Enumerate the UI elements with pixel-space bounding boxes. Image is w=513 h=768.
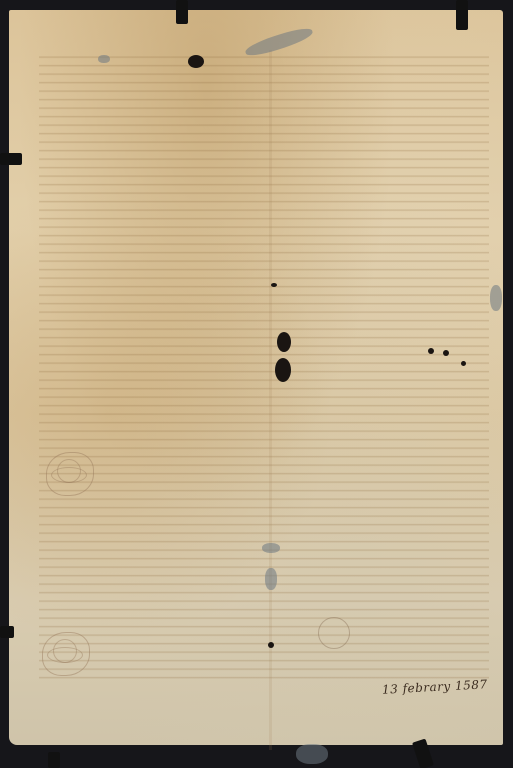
water-stain-top-left bbox=[98, 55, 110, 63]
notarial-sign-lower bbox=[42, 632, 90, 676]
worm-hole-lower bbox=[268, 642, 274, 648]
water-stain-bottom bbox=[296, 744, 328, 764]
water-stain-middle-1 bbox=[262, 543, 280, 553]
worm-hole-top bbox=[188, 55, 204, 68]
mounting-clip-bottom-left bbox=[48, 752, 60, 768]
worm-hole-small bbox=[271, 283, 277, 287]
mounting-clip-left-upper bbox=[0, 153, 22, 165]
worm-hole-center-1 bbox=[277, 332, 291, 352]
parchment-sheet bbox=[9, 10, 503, 745]
signature-flourish bbox=[318, 617, 350, 649]
worm-hole-right-3 bbox=[461, 361, 466, 366]
notarial-sign-upper bbox=[46, 452, 94, 496]
mounting-clip-top-right bbox=[456, 0, 468, 30]
mounting-clip-left-lower bbox=[0, 626, 14, 638]
water-stain-right-edge bbox=[490, 285, 502, 311]
worm-hole-center-2 bbox=[275, 358, 291, 382]
faded-handwritten-text bbox=[39, 50, 489, 685]
water-stain-middle-2 bbox=[265, 568, 277, 590]
mounting-clip-top-left bbox=[176, 0, 188, 24]
worm-hole-right-2 bbox=[443, 350, 449, 356]
worm-hole-right-1 bbox=[428, 348, 434, 354]
